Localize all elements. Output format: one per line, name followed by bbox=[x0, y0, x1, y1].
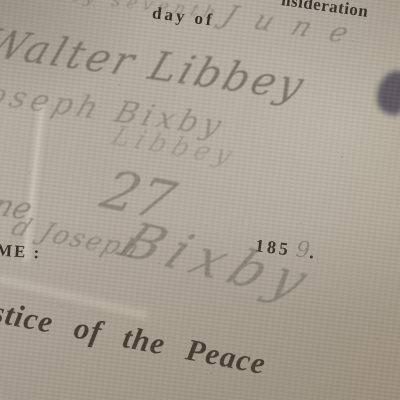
paper-specks bbox=[0, 0, 2, 2]
handwritten-signature-surname: Bixby bbox=[108, 212, 328, 312]
document-photo: twenty seventh nsideration day of June W… bbox=[0, 0, 400, 400]
printed-me-label: ME : bbox=[0, 240, 42, 263]
dark-object-edge bbox=[372, 66, 400, 117]
